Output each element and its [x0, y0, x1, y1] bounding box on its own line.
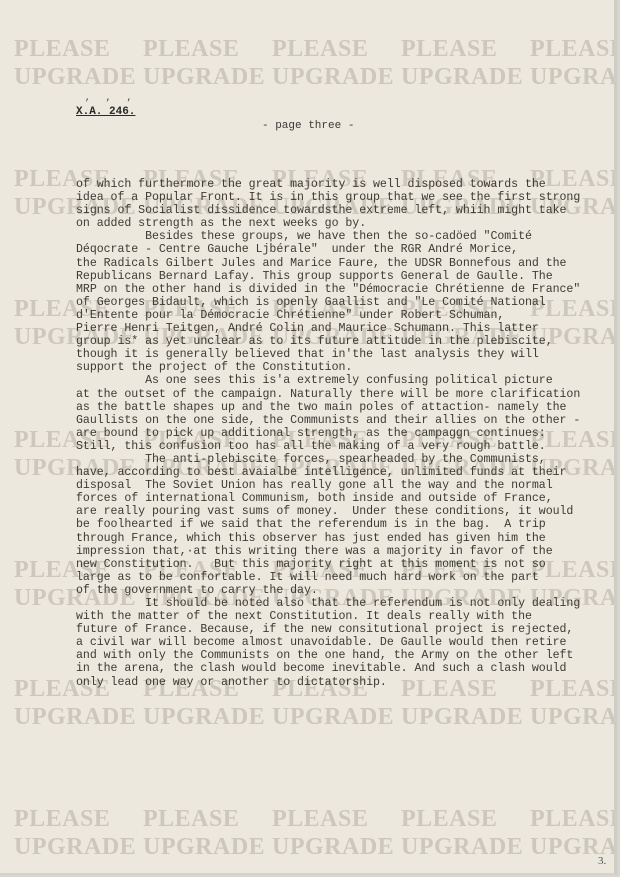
text-line: on added strength as the next weeks go b… [76, 217, 617, 230]
text-line: of Georges Bidault, which is openly Gaal… [76, 296, 617, 309]
text-line: disposal The Soviet Union has really gon… [76, 479, 617, 492]
page-heading: - page three - [262, 120, 354, 132]
text-line: future of France. Because, if the new co… [76, 623, 617, 636]
text-line: Besides these groups, we have then the s… [76, 230, 617, 243]
tick-marks: , , , [85, 93, 137, 103]
text-line: with the matter of the next Constitution… [76, 610, 617, 623]
text-line: idea of a Popular Front. It is in this g… [76, 191, 617, 204]
body-text: of which furthermore the great majority … [76, 178, 617, 689]
text-line: the Radicals Gilbert Jules and Marice Fa… [76, 257, 617, 270]
text-line: signs of Socialist dissidence towardsthe… [76, 204, 617, 217]
text-line: are bound to pick up additional strength… [76, 427, 617, 440]
text-line: a civil war will become almost unavoidab… [76, 636, 617, 649]
text-line: Gaullists on the one side, the Communist… [76, 414, 617, 427]
text-line: support the project of the Constitution. [76, 361, 617, 374]
text-line: The anti-plebiscite forces, spearheaded … [76, 453, 617, 466]
text-line: It should be noted also that the referen… [76, 597, 617, 610]
page-number: 3. [598, 855, 606, 867]
document-page: PLEASEPLEASEPLEASEPLEASEPLEASEUPGRADEUPG… [0, 0, 617, 875]
text-line: d'Entente pour la Démocracie Chrétienne"… [76, 309, 617, 322]
text-line: only lead one way or another to dictator… [76, 676, 617, 689]
text-line: and with only the Communists on the one … [76, 649, 617, 662]
text-line: have, according to best avaialbe intelli… [76, 466, 617, 479]
text-line: though it is generally believed that in'… [76, 348, 617, 361]
text-line: forces of international Communism, both … [76, 492, 617, 505]
text-line: through France, which this observer has … [76, 532, 617, 545]
text-line: are really pouring vast sums of money. U… [76, 505, 617, 518]
text-line: Pierre Henri Teitgen, André Colin and Ma… [76, 322, 617, 335]
text-line: As one sees this is'a extremely confusin… [76, 374, 617, 387]
text-line: be foolhearted if we said that the refer… [76, 518, 617, 531]
text-line: new Constitution. But this majority righ… [76, 558, 617, 571]
document-reference: X.A. 246. [76, 106, 135, 118]
text-line: as the battle shapes up and the two main… [76, 401, 617, 414]
text-line: group is* as yet unclear as to its futur… [76, 335, 617, 348]
text-line: impression that,·at this writing there w… [76, 545, 617, 558]
page-content: , , , X.A. 246. - page three - of which … [0, 0, 617, 875]
text-line: at the outset of the campaign. Naturally… [76, 388, 617, 401]
text-line: Republicans Bernard Lafay. This group su… [76, 270, 617, 283]
text-line: of which furthermore the great majority … [76, 178, 617, 191]
text-line: large as to be confortable. It will need… [76, 571, 617, 584]
text-line: Still, this confusion too has all the ma… [76, 440, 617, 453]
text-line: Déqocrate - Centre Gauche Ljbérale" unde… [76, 243, 617, 256]
text-line: in the arena, the clash would become ine… [76, 662, 617, 675]
text-line: of the government to carry the day. [76, 584, 617, 597]
text-line: MRP on the other hand is divided in the … [76, 283, 617, 296]
